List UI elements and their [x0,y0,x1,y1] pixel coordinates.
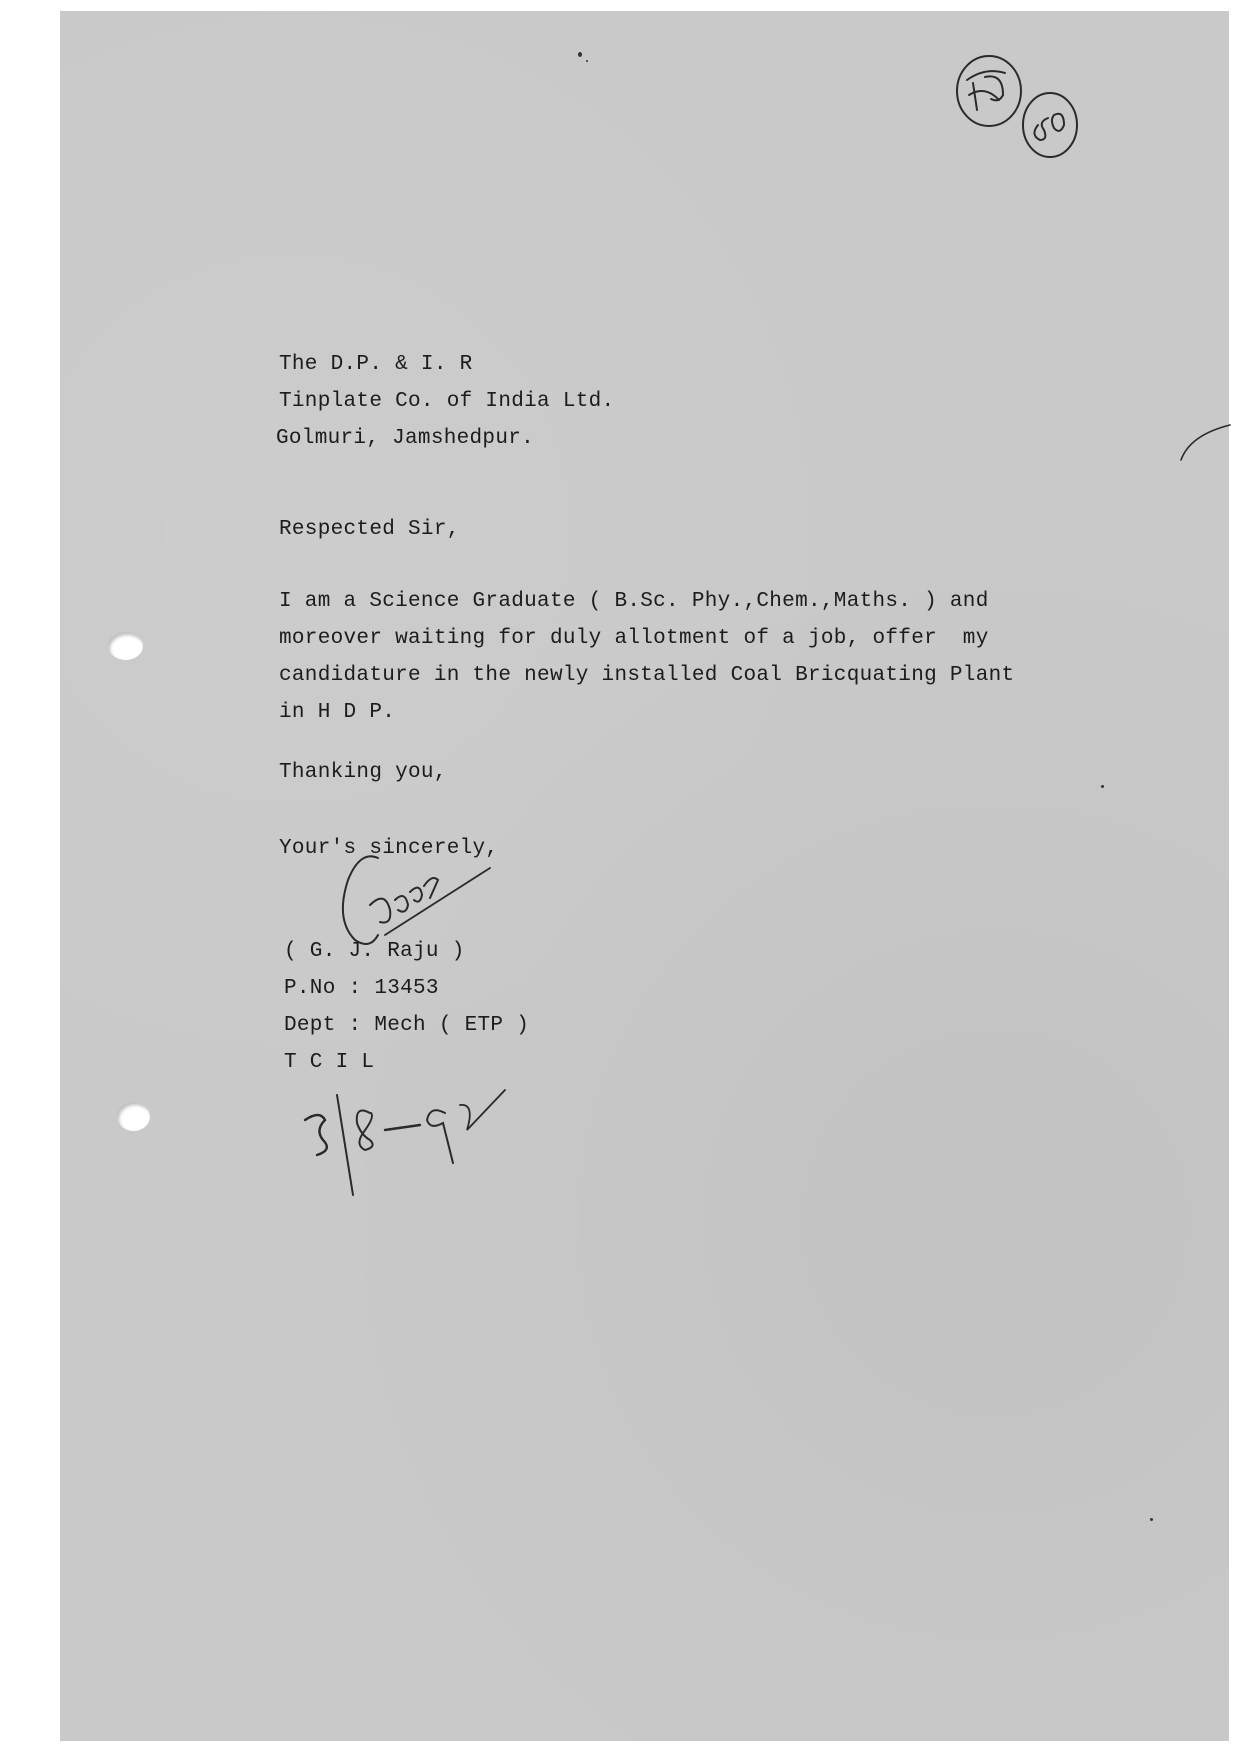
handwritten-date [295,1085,505,1205]
address-line-2: Tinplate Co. of India Ltd. [279,383,614,420]
scanned-paper [60,11,1229,1741]
body-line-3: candidature in the newly installed Coal … [279,657,1014,694]
address-line-1: The D.P. & I. R [279,346,473,383]
circled-page-number-icon [955,55,1025,130]
ink-speck [578,52,582,57]
body-line-1: I am a Science Graduate ( B.Sc. Phy.,Che… [279,583,989,620]
address-line-3: Golmuri, Jamshedpur. [276,420,534,457]
hole-punch-bottom [117,1102,150,1131]
department: Dept : Mech ( ETP ) [284,1007,529,1044]
circled-page-number-80-icon [1020,90,1080,160]
ink-speck [586,60,588,62]
ink-speck [1150,1518,1153,1521]
body-line-2: moreover waiting for duly allotment of a… [279,620,989,657]
company-abbrev: T C I L [284,1044,374,1081]
ink-speck [1101,785,1104,788]
pen-mark [1180,420,1240,465]
closing: Thanking you, [279,754,447,791]
personnel-number: P.No : 13453 [284,970,439,1007]
body-line-4: in H D P. [279,694,395,731]
hole-punch-top [108,632,143,660]
signatory-name: ( G. J. Raju ) [284,933,465,970]
salutation: Respected Sir, [279,511,460,548]
